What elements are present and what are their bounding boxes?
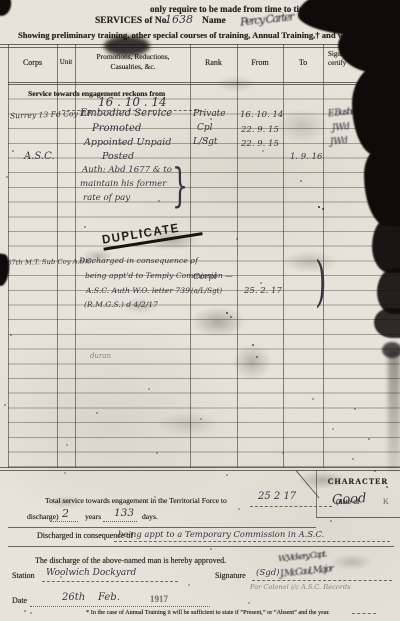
services-label: SERVICES of No. — [95, 16, 169, 26]
character-label: CHARACTER — [318, 477, 398, 486]
service-record-document: only require to be made from time to tim… — [0, 0, 400, 621]
entry-promotion: rate of pay — [83, 193, 130, 203]
station-underline — [42, 581, 178, 582]
records-officer-signature: J. McCaul, Major — [280, 564, 333, 579]
total-date-underline — [250, 506, 332, 507]
col-line-corps-unit — [57, 44, 58, 468]
character-value: Good — [332, 491, 367, 508]
grouping-brace: } — [172, 158, 188, 212]
ink-blot — [0, 0, 14, 18]
years-value: 2 — [62, 507, 69, 520]
header-line3: Showing preliminary training, other spec… — [18, 30, 357, 40]
signature-underline — [252, 580, 392, 581]
table-bottom-rule-2 — [0, 470, 400, 471]
edge-streak — [388, 350, 400, 470]
table-bottom-rule-1 — [0, 467, 400, 468]
date-label: Date — [12, 596, 27, 605]
years-underline — [50, 521, 78, 522]
station-value: Woolwich Dockyard — [46, 568, 136, 578]
annual-training-footnote: * In the case of Annual Training it will… — [58, 609, 358, 616]
date-month: Feb. — [98, 592, 120, 603]
days-label: days. — [142, 512, 158, 521]
character-box-bottom — [316, 517, 400, 518]
entry-rank: Cpl — [197, 123, 213, 133]
col-header-promotions-2: Casualties, &c. — [77, 62, 189, 71]
entry-promotion: Appointed Unpaid — [84, 137, 171, 148]
entry-promotion: Promoted — [92, 123, 141, 134]
days-underline — [103, 521, 137, 522]
service-number: 1638 — [165, 13, 193, 26]
discharged-reason: being appt to a Temporary Commission in … — [118, 529, 324, 539]
approving-officer-signature: W. Vickery, Capt. — [278, 550, 327, 565]
entry-from-date: 16. 10. 14 — [240, 110, 283, 120]
entry-signature: J W'd — [332, 122, 349, 134]
engagement-date: 16 . 10 . 14 — [98, 95, 167, 109]
for-colonel-note: For Colonel i/c A.S.C. Records — [250, 583, 351, 591]
date-year: 1917 — [150, 594, 168, 604]
date-underline — [30, 606, 210, 607]
entry-promotion: Posted — [102, 151, 134, 162]
entry-rank: Private — [193, 109, 226, 119]
signature-label: Signature — [215, 571, 246, 580]
col-header-to: To — [283, 58, 323, 67]
entry-to-date: 1. 9. 16 — [290, 152, 322, 162]
col-line-from-to — [283, 44, 284, 468]
summary-rule-2 — [8, 546, 394, 547]
entry-promotion: Discharged in consequence of — [79, 256, 198, 265]
entry-promotion: (R.M.G.S.) d 4/2/17 — [84, 300, 158, 309]
total-service-label: Total service towards engagement in the … — [45, 496, 227, 505]
entry-rank: (a/L/Sgt) — [191, 287, 222, 295]
summary-rule-1 — [8, 527, 316, 528]
discharged-underline — [114, 541, 390, 542]
faint-pencil-note: duran — [90, 352, 111, 360]
sgd-label: (Sgd) — [256, 568, 280, 578]
header-bottom-rule-1 — [8, 82, 400, 83]
entry-rank: Corpl — [193, 272, 217, 282]
entry-promotion: Embodied Service — [80, 108, 172, 119]
col-header-corps: Corps — [8, 58, 57, 67]
col-header-rank: Rank — [190, 58, 237, 67]
days-value: 133 — [114, 507, 134, 519]
entry-promotion: A.S.C. Auth W.O. letter 739 — [86, 286, 190, 295]
col-line-rank-from — [237, 44, 238, 468]
total-service-date: 25 2 17 — [258, 491, 296, 502]
entry-promotion: maintain his former — [80, 179, 166, 189]
entry-from-date: 25. 2. 17 — [244, 286, 282, 296]
col-header-unit: Unit — [55, 58, 77, 66]
entry-rank: L/Sgt — [193, 137, 218, 147]
station-label: Station — [12, 571, 35, 580]
ink-smudge — [104, 36, 150, 56]
entry-corps: A.S.C. — [24, 151, 55, 162]
table-left-border — [8, 44, 9, 468]
years-label: years — [85, 512, 101, 521]
entry-promotion: Auth: Abd 1677 & to — [82, 165, 172, 175]
discharge-word-label: discharge) — [27, 512, 59, 521]
col-line-unit-promotions — [75, 44, 76, 468]
character-mark: K — [383, 497, 389, 506]
entry-from-date: 22. 9. 15 — [241, 125, 279, 135]
signature-bracket: ) — [315, 250, 327, 313]
entry-signature: J W'd — [330, 136, 347, 148]
date-day: 26th — [62, 592, 85, 603]
name-label: Name — [202, 16, 226, 26]
approved-label: The discharge of the above-named man is … — [35, 556, 226, 565]
entry-from-date: 22. 9. 15 — [241, 139, 279, 149]
col-header-from: From — [237, 58, 283, 67]
